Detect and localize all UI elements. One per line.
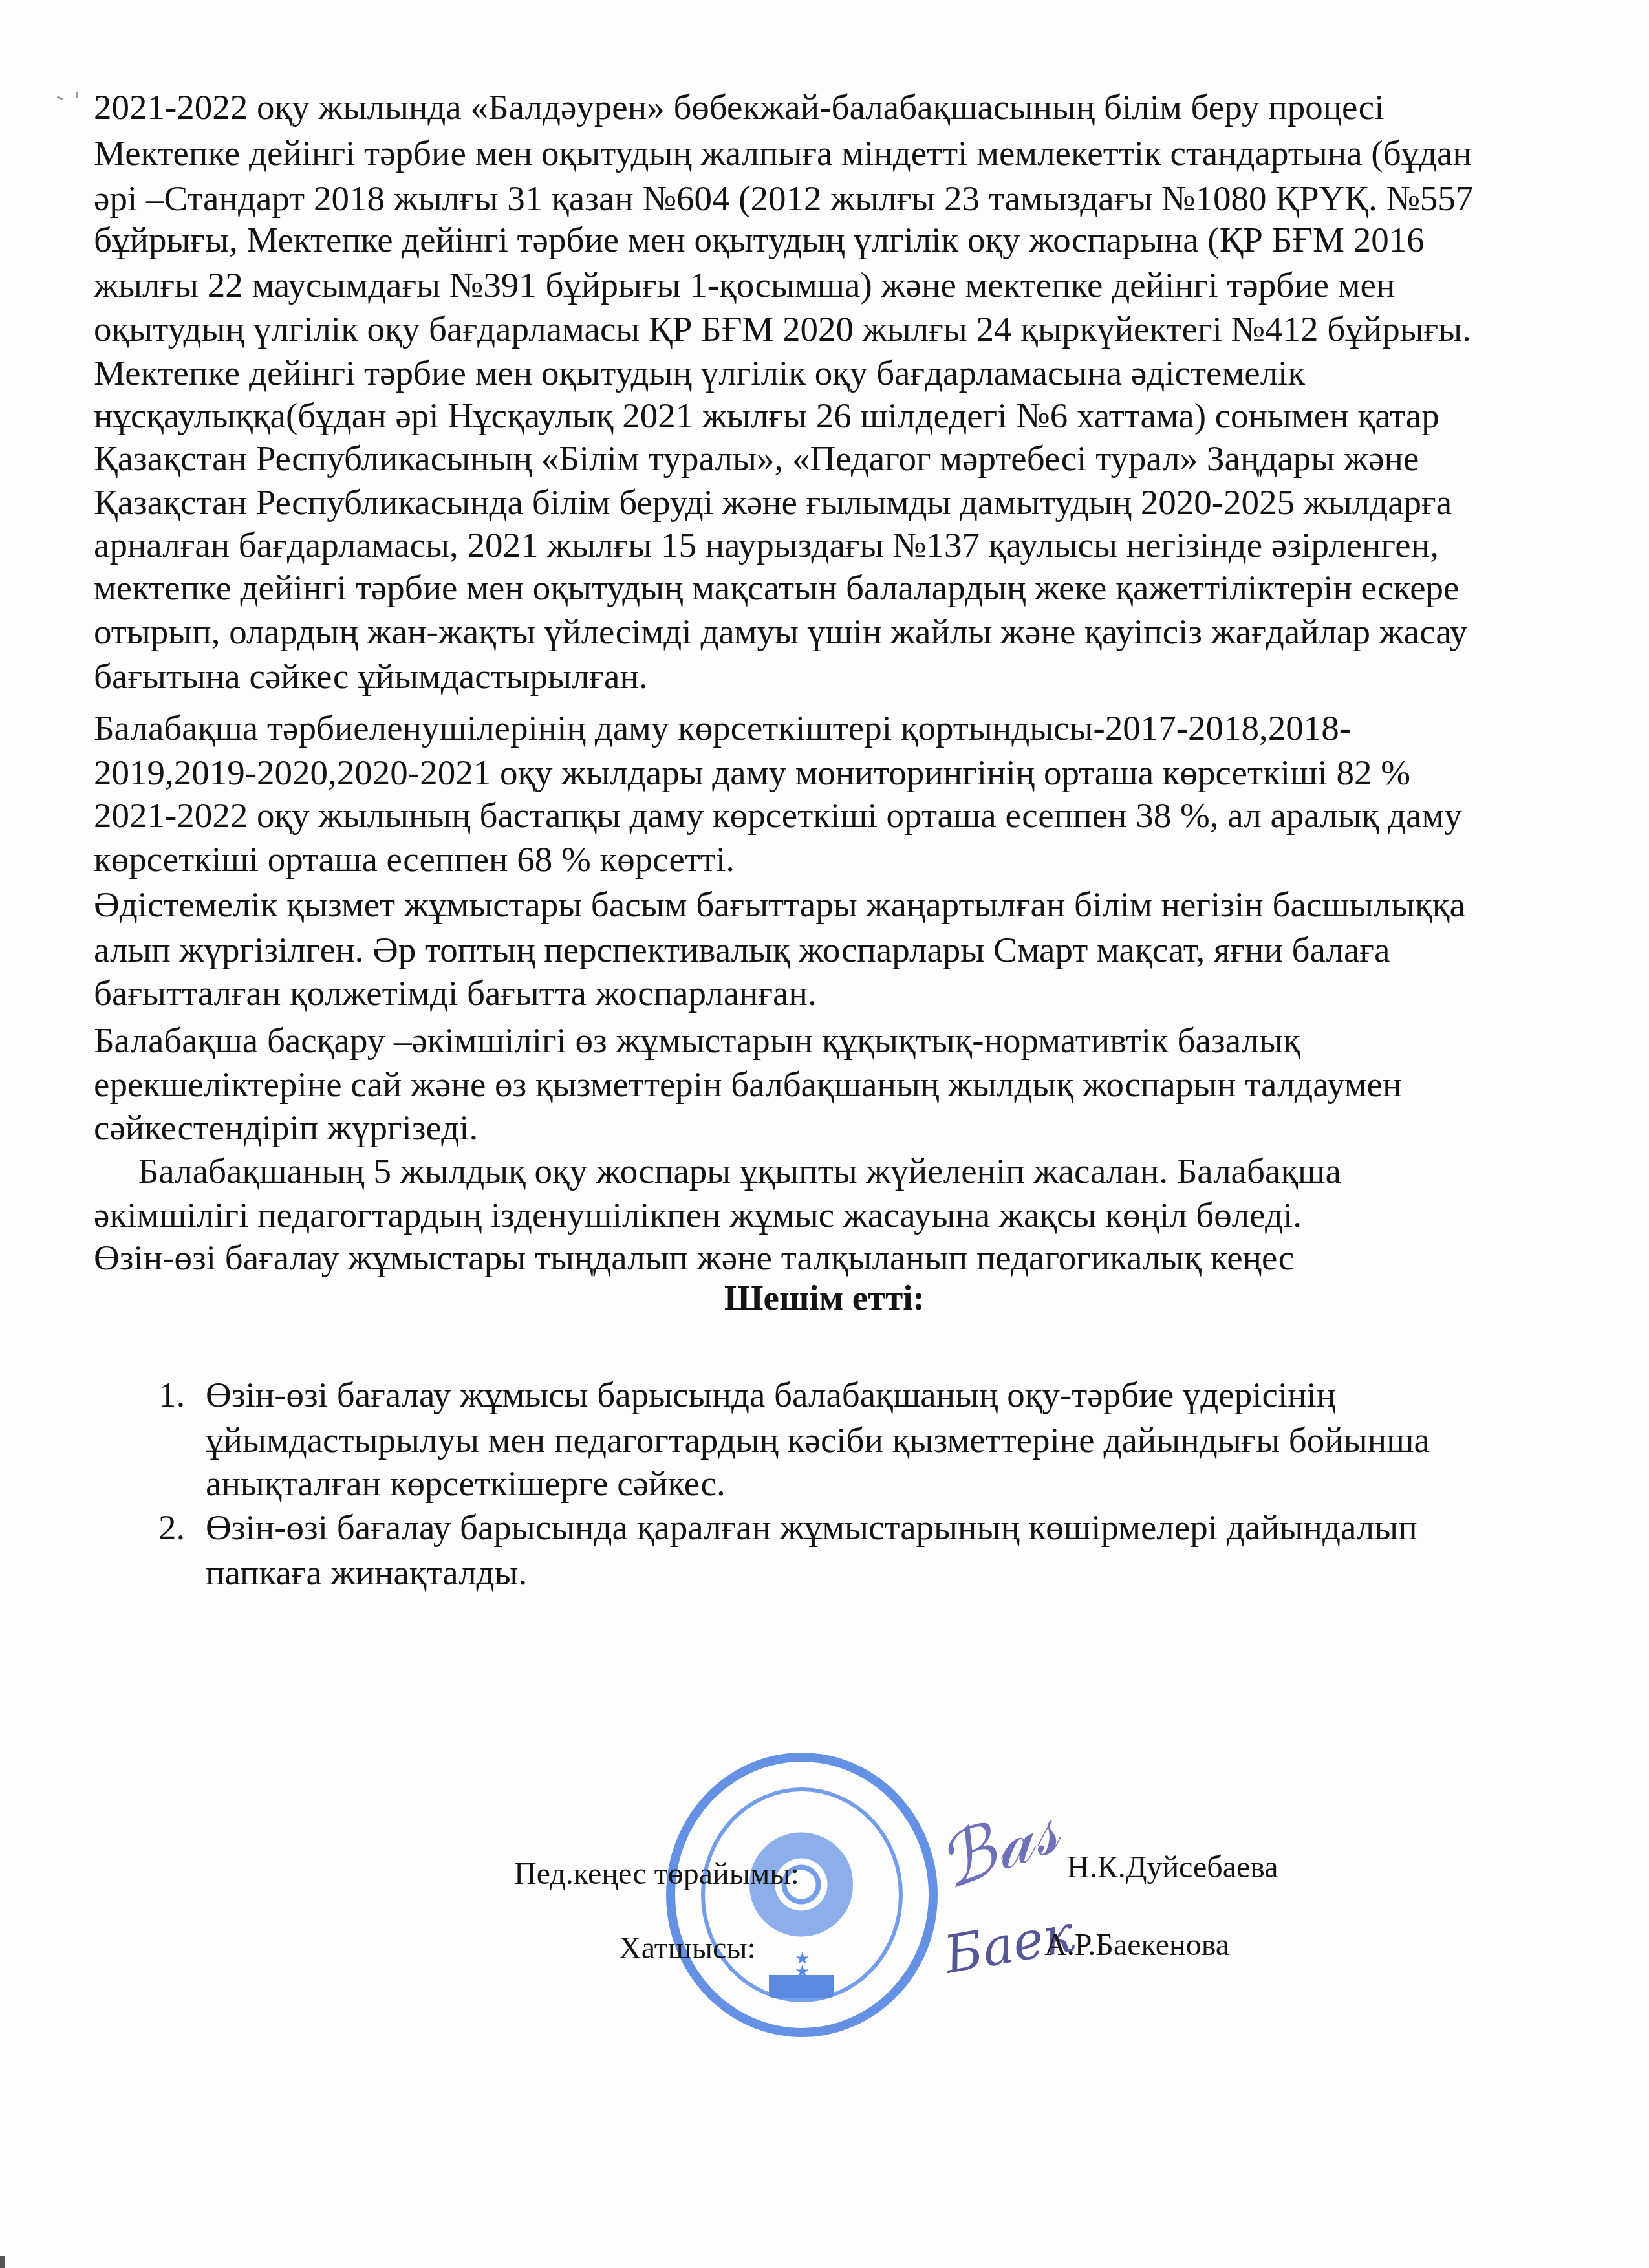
body-line: әкімшілігі педагогтардың ізденушілікпен … — [94, 1195, 1302, 1235]
document-page: 2021-2022 оқу жылында «Балдәурен» бөбекж… — [0, 0, 1649, 2268]
body-line: Қазақстан Республикасының «Білім туралы»… — [94, 438, 1419, 479]
body-line: сәйкестендіріп жүргізеді. — [94, 1108, 478, 1148]
body-line: әрі –Стандарт 2018 жылғы 31 қазан №604 (… — [94, 178, 1473, 219]
body-line: Балабақша басқару –әкімшілігі өз жұмыста… — [94, 1021, 1300, 1061]
body-line: арналған бағдарламасы, 2021 жылғы 15 нау… — [94, 525, 1439, 565]
body-line: бұйрығы, Мектепке дейінгі тәрбие мен оқы… — [94, 220, 1425, 260]
body-line: 2021-2022 оқу жылының бастапқы даму көрс… — [94, 795, 1462, 836]
decision-line: анықталған көрсеткішерге сәйкес. — [206, 1463, 726, 1504]
body-line: ерекшеліктеріне сай және өз қызметтерін … — [94, 1064, 1401, 1105]
decision-line: Өзін-өзі бағалау барысында қаралған жұмы… — [206, 1507, 1417, 1548]
body-line: 2019,2019-2020,2020-2021 оқу жылдары дам… — [94, 753, 1410, 793]
body-line: Қазақстан Республикасында білім беруді ж… — [94, 482, 1452, 523]
decision-line: Өзін-өзі бағалау жұмысы барысында балаба… — [206, 1374, 1335, 1415]
decision-line: папкаға жинақталды. — [206, 1552, 527, 1593]
body-line: көрсеткіші орташа есеппен 68 % көрсетті. — [94, 839, 735, 880]
body-line: бағытталған қолжетімді бағытта жоспарлан… — [94, 973, 817, 1013]
body-line: отырып, олардың жан-жақты үйлесімді даму… — [94, 612, 1467, 652]
scan-speck — [0, 2256, 5, 2268]
body-line: Балабақшаның 5 жылдық оқу жоспары ұқыпты… — [94, 1151, 1341, 1191]
secretary-label: Хатшысы: — [619, 1930, 756, 1966]
body-line: бағытына сәйкес ұйымдастырылған. — [94, 656, 648, 697]
official-stamp: ★ ★ — [666, 1753, 938, 2037]
body-line: оқытудың үлгілік оқу бағдарламасы ҚР БҒМ… — [94, 309, 1471, 349]
body-line: нұсқаулыққа(бұдан әрі Нұсқаулық 2021 жыл… — [94, 396, 1439, 436]
body-line: жылғы 22 маусымдағы №391 бұйрығы 1-қосым… — [94, 265, 1395, 305]
stamp-ribbon — [769, 1975, 834, 1998]
chair-signature-icon: ℬ𝒶𝓈 — [927, 1786, 1070, 1906]
decision-heading: Шешім етті: — [0, 1277, 1649, 1318]
decision-number: 1. — [158, 1374, 185, 1415]
chair-name: Н.К.Дуйсебаева — [1067, 1850, 1278, 1885]
body-line: Мектепке дейінгі тәрбие мен оқытудың жал… — [94, 133, 1472, 173]
body-line: Мектепке дейінгі тәрбие мен оқытудың үлг… — [94, 353, 1305, 393]
chair-label: Пед.кеңес төрайымы: — [514, 1856, 799, 1892]
body-line: Әдістемелік қызмет жұмыстары басым бағыт… — [94, 885, 1465, 925]
secretary-name: А.Р.Баекенова — [1044, 1927, 1229, 1963]
body-line: мектепке дейінгі тәрбие мен оқытудың мақ… — [94, 568, 1459, 608]
body-line: Балабақша тәрбиеленушілерінің даму көрсе… — [94, 708, 1351, 748]
body-line: 2021-2022 оқу жылында «Балдәурен» бөбекж… — [94, 87, 1385, 127]
scan-speck — [57, 96, 63, 100]
scan-speck — [76, 92, 78, 98]
body-line: Өзін-өзі бағалау жұмыстары тыңдалып және… — [94, 1238, 1294, 1278]
body-line: алып жүргізілген. Әр топтың перспективал… — [94, 930, 1390, 970]
decision-line: ұйымдастырылуы мен педагогтардың кәсіби … — [206, 1420, 1430, 1460]
decision-number: 2. — [158, 1507, 185, 1548]
